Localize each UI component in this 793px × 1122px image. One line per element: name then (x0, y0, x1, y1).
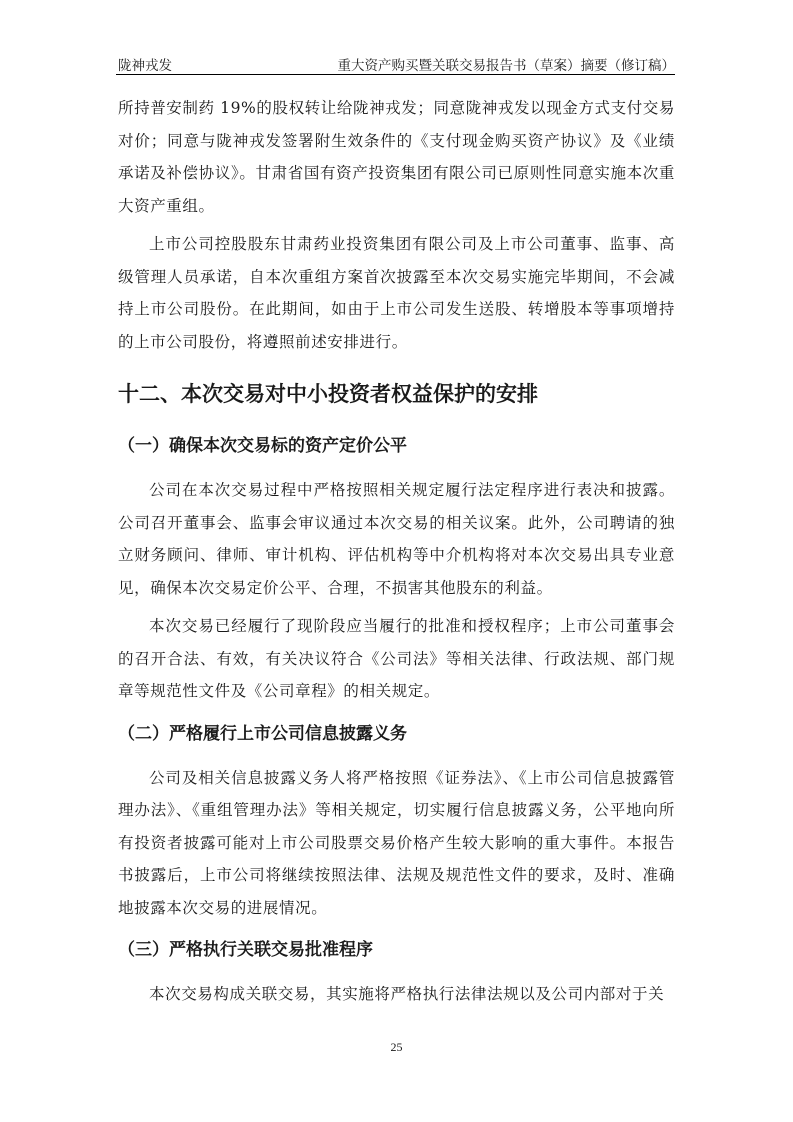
paragraph-approval-procedure: 本次交易已经履行了现阶段应当履行的批准和授权程序；上市公司董事会的召开合法、有效… (118, 610, 675, 708)
page-header: 陇神戎发 重大资产购买暨关联交易报告书（草案）摘要（修订稿） (116, 52, 675, 75)
header-doc-title: 重大资产购买暨关联交易报告书（草案）摘要（修订稿） (338, 54, 676, 74)
paragraph-related-transaction: 本次交易构成关联交易，其实施将严格执行法律法规以及公司内部对于关 (118, 978, 675, 1011)
page-number: 25 (0, 1040, 793, 1055)
page-content: 所持普安制药 19%的股权转让给陇神戎发；同意陇神戎发以现金方式支付交易对价；同… (118, 92, 675, 1011)
paragraph-shareholder-commitment: 上市公司控股股东甘肃药业投资集团有限公司及上市公司董事、监事、高级管理人员承诺，… (118, 228, 675, 358)
header-company: 陇神戎发 (118, 54, 172, 74)
subsection-heading-3: （三）严格执行关联交易批准程序 (118, 938, 675, 962)
paragraph-pricing-fairness: 公司在本次交易过程中严格按照相关规定履行法定程序进行表决和披露。公司召开董事会、… (118, 474, 675, 604)
subsection-heading-2: （二）严格履行上市公司信息披露义务 (118, 722, 675, 746)
subsection-heading-1: （一）确保本次交易标的资产定价公平 (118, 434, 675, 458)
section-heading-12: 十二、本次交易对中小投资者权益保护的安排 (118, 380, 675, 408)
paragraph-continued: 所持普安制药 19%的股权转让给陇神戎发；同意陇神戎发以现金方式支付交易对价；同… (118, 92, 675, 222)
paragraph-disclosure: 公司及相关信息披露义务人将严格按照《证券法》、《上市公司信息披露管理办法》、《重… (118, 762, 675, 925)
